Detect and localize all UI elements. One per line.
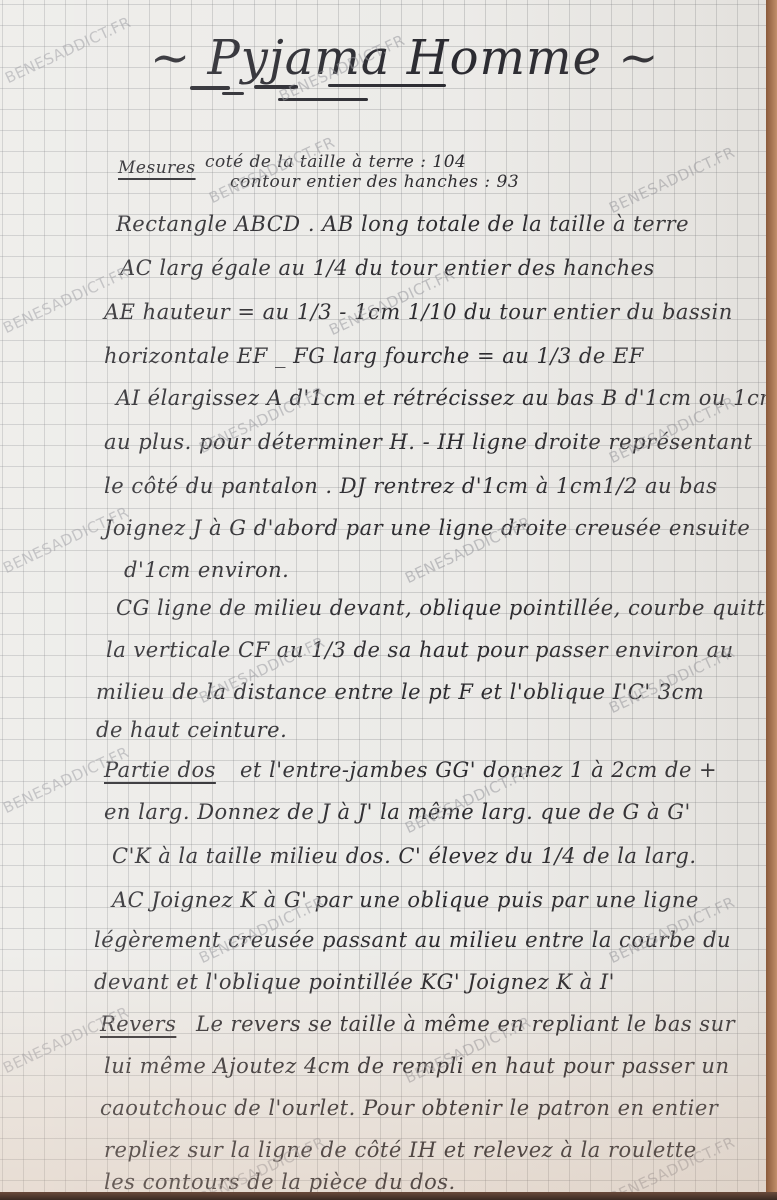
- text-line: d'1cm environ.: [124, 558, 289, 582]
- text-line: Rectangle ABCD . AB long totale de la ta…: [116, 212, 689, 236]
- text-line: AC Joignez K à G' par une oblique puis p…: [112, 888, 699, 912]
- watermark-text: BENESADDICT.FR: [0, 503, 132, 577]
- watermark-text: BENESADDICT.FR: [606, 143, 738, 217]
- title-underline: [190, 86, 230, 90]
- title-underline: [222, 92, 244, 95]
- text-line: les contours de la pièce du dos.: [104, 1170, 456, 1192]
- text-line: le côté du pantalon . DJ rentrez d'1cm à…: [104, 474, 717, 498]
- page-edge: [766, 0, 777, 1200]
- text-line: et l'entre-jambes GG' donnez 1 à 2cm de …: [240, 758, 717, 782]
- text-line: AC larg égale au 1/4 du tour entier des …: [120, 256, 655, 280]
- text-line: la verticale CF au 1/3 de sa haut pour p…: [106, 638, 734, 662]
- text-line: C'K à la taille milieu dos. C' élevez du…: [112, 844, 697, 868]
- text-line: AE hauteur = au 1/3 - 1cm 1/10 du tour e…: [104, 300, 733, 324]
- text-line: devant et l'oblique pointillée KG' Joign…: [94, 970, 615, 994]
- text-line: repliez sur la ligne de côté IH et relev…: [104, 1138, 697, 1162]
- page-bottom-edge: [0, 1192, 777, 1200]
- measures-line-1: coté de la taille à terre : 104: [205, 152, 466, 172]
- title-underline: [328, 84, 446, 87]
- text-line: Joignez J à G d'abord par une ligne droi…: [104, 516, 750, 540]
- text-line: horizontale EF _ FG larg fourche = au 1/…: [104, 344, 644, 368]
- text-line: Le revers se taille à même en repliant l…: [196, 1012, 735, 1036]
- text-line: en larg. Donnez de J à J' la même larg. …: [104, 800, 691, 824]
- page-title: ~ Pyjama Homme ~: [150, 30, 659, 86]
- text-line: AI élargissez A d'1cm et rétrécissez au …: [116, 386, 766, 410]
- text-line: CG ligne de milieu devant, oblique point…: [116, 596, 766, 620]
- grid-paper-page: ~ Pyjama Homme ~ Mesures coté de la tail…: [0, 0, 766, 1192]
- measures-heading: Mesures: [118, 158, 196, 178]
- text-line: de haut ceinture.: [96, 718, 287, 742]
- text-line: caoutchouc de l'ourlet. Pour obtenir le …: [100, 1096, 718, 1120]
- watermark-text: BENESADDICT.FR: [2, 13, 134, 87]
